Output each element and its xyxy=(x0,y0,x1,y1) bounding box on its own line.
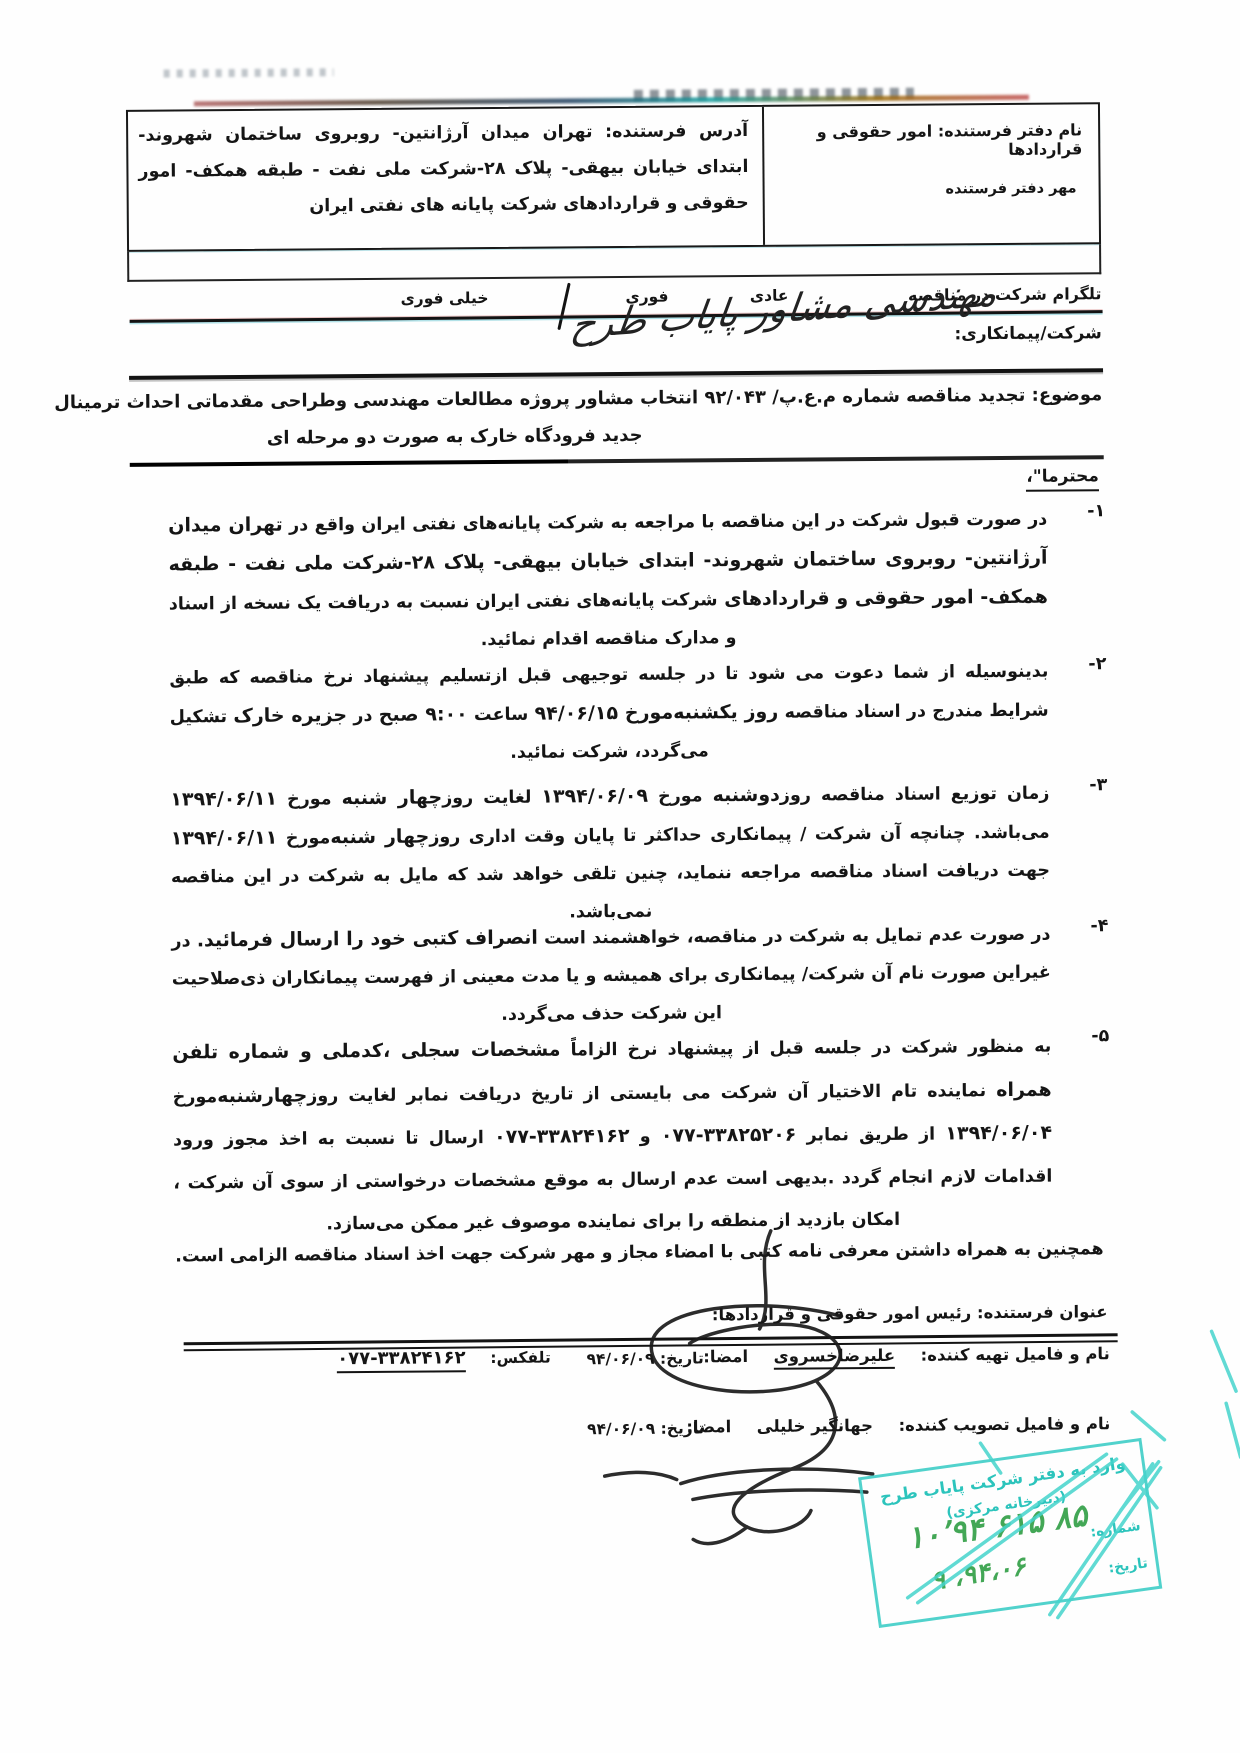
handwritten-company-name: مهندسی مشاور پایاب طرح xyxy=(568,270,1000,348)
signature-label: امضا: xyxy=(703,1347,748,1366)
sender-office-label: نام دفتر فرستنده: امور حقوقی و قراردادها xyxy=(772,120,1082,160)
salutation: محترما"، xyxy=(1026,466,1099,487)
scan-smudge xyxy=(164,68,334,77)
subject-line1: موضوع: تجدید مناقصه شماره م.ع.پ/ ۹۲/۰۴۳ … xyxy=(130,384,1102,413)
sender-office-cell: نام دفتر فرستنده: امور حقوقی و قراردادها… xyxy=(762,104,1099,245)
item-number: ۱- xyxy=(1047,499,1106,654)
divider-line xyxy=(129,368,1103,380)
sender-address: آدرس فرستنده: تهران میدان آرژانتین- روبر… xyxy=(138,113,749,226)
item-number: ۲- xyxy=(1048,652,1107,767)
scan-smudge xyxy=(634,88,914,101)
item-number: ۵- xyxy=(1051,1024,1111,1240)
tender-item-5: ۵-به منظور شرکت در جلسه قبل از پیشنهاد ن… xyxy=(166,1024,1111,1247)
header-table: نام دفتر فرستنده: امور حقوقی و قراردادها… xyxy=(126,102,1101,252)
option-very-urgent: خیلی فوری xyxy=(400,289,488,308)
item-text: زمان توزیع اسناد مناقصه روزدوشنبه مورخ ۱… xyxy=(164,774,1050,935)
checkmark-icon xyxy=(557,283,570,331)
subject-line2: جدید فرودگاه خارک به صورت دو مرحله ای xyxy=(130,425,642,450)
approver-name: جهانگیر خلیلی xyxy=(757,1416,873,1436)
scan-skew-wrapper: نام دفتر فرستنده: امور حقوقی و قراردادها… xyxy=(0,0,1240,1753)
sender-stamp-label: مهر دفتر فرستنده xyxy=(773,180,1077,198)
items-list: ۱-در صورت قبول شرکت در این مناقصه با مرا… xyxy=(158,0,1101,4)
tender-item-3: ۳-زمان توزیع اسناد مناقصه روزدوشنبه مورخ… xyxy=(164,773,1108,934)
preparer-name: علیرضاخسروی xyxy=(774,1346,896,1370)
item-text: در صورت عدم تمایل به شرکت در مناقصه، خوا… xyxy=(165,915,1051,1037)
preparer-date: تاریخ: ۹۴/۰۶/۰۹ xyxy=(586,1349,703,1368)
telefax-number: ۳۳۸۲۴۱۶۲-۰۷۷ xyxy=(337,1347,466,1373)
stamp-date-label: تاریخ: xyxy=(1107,1555,1148,1576)
subject-block: موضوع: تجدید مناقصه شماره م.ع.پ/ ۹۲/۰۴۳ … xyxy=(130,384,1102,450)
company-label: شرکت/پیمانکاری: xyxy=(954,323,1101,344)
preparer-label: نام و فامیل تهیه کننده: xyxy=(921,1344,1110,1364)
item-text: در صورت قبول شرکت در این مناقصه با مراجع… xyxy=(162,500,1048,662)
item-text: به منظور شرکت در جلسه قبل از پیشنهاد نرخ… xyxy=(166,1025,1053,1247)
telefax: تلفکس: ۳۳۸۲۴۱۶۲-۰۷۷ xyxy=(337,1347,551,1370)
item-number: ۳- xyxy=(1049,773,1108,927)
item-text: بدینوسیله از شما دعوت می شود تا در جلسه … xyxy=(163,653,1049,775)
tender-item-2: ۲-بدینوسیله از شما دعوت می شود تا در جلس… xyxy=(163,652,1107,774)
company-row: شرکت/پیمانکاری: xyxy=(954,323,1101,344)
item-number: ۴- xyxy=(1050,914,1109,1029)
preparer-row: نام و فامیل تهیه کننده: علیرضاخسروی امضا… xyxy=(703,1344,1110,1366)
approver-row: نام و فامیل تصویب کننده: جهانگیر خلیلی ا… xyxy=(686,1414,1110,1436)
tender-item-1: ۱-در صورت قبول شرکت در این مناقصه با مرا… xyxy=(162,499,1106,661)
approver-label: نام و فامیل تصویب کننده: xyxy=(898,1414,1110,1435)
sender-title-row: عنوان فرستنده: رئیس امور حقوقی و قرارداد… xyxy=(712,1302,1108,1324)
tender-item-4: ۴-در صورت عدم تمایل به شرکت در مناقصه، خ… xyxy=(165,914,1109,1036)
divider-line xyxy=(130,455,1104,467)
telefax-label: تلفکس: xyxy=(490,1349,551,1367)
approver-date: تاریخ: ۹۴/۰۶/۰۹ xyxy=(587,1419,704,1438)
scanned-fax-letter: نام دفتر فرستنده: امور حقوقی و قراردادها… xyxy=(0,0,1240,1753)
sender-address-cell: آدرس فرستنده: تهران میدان آرژانتین- روبر… xyxy=(128,107,763,250)
